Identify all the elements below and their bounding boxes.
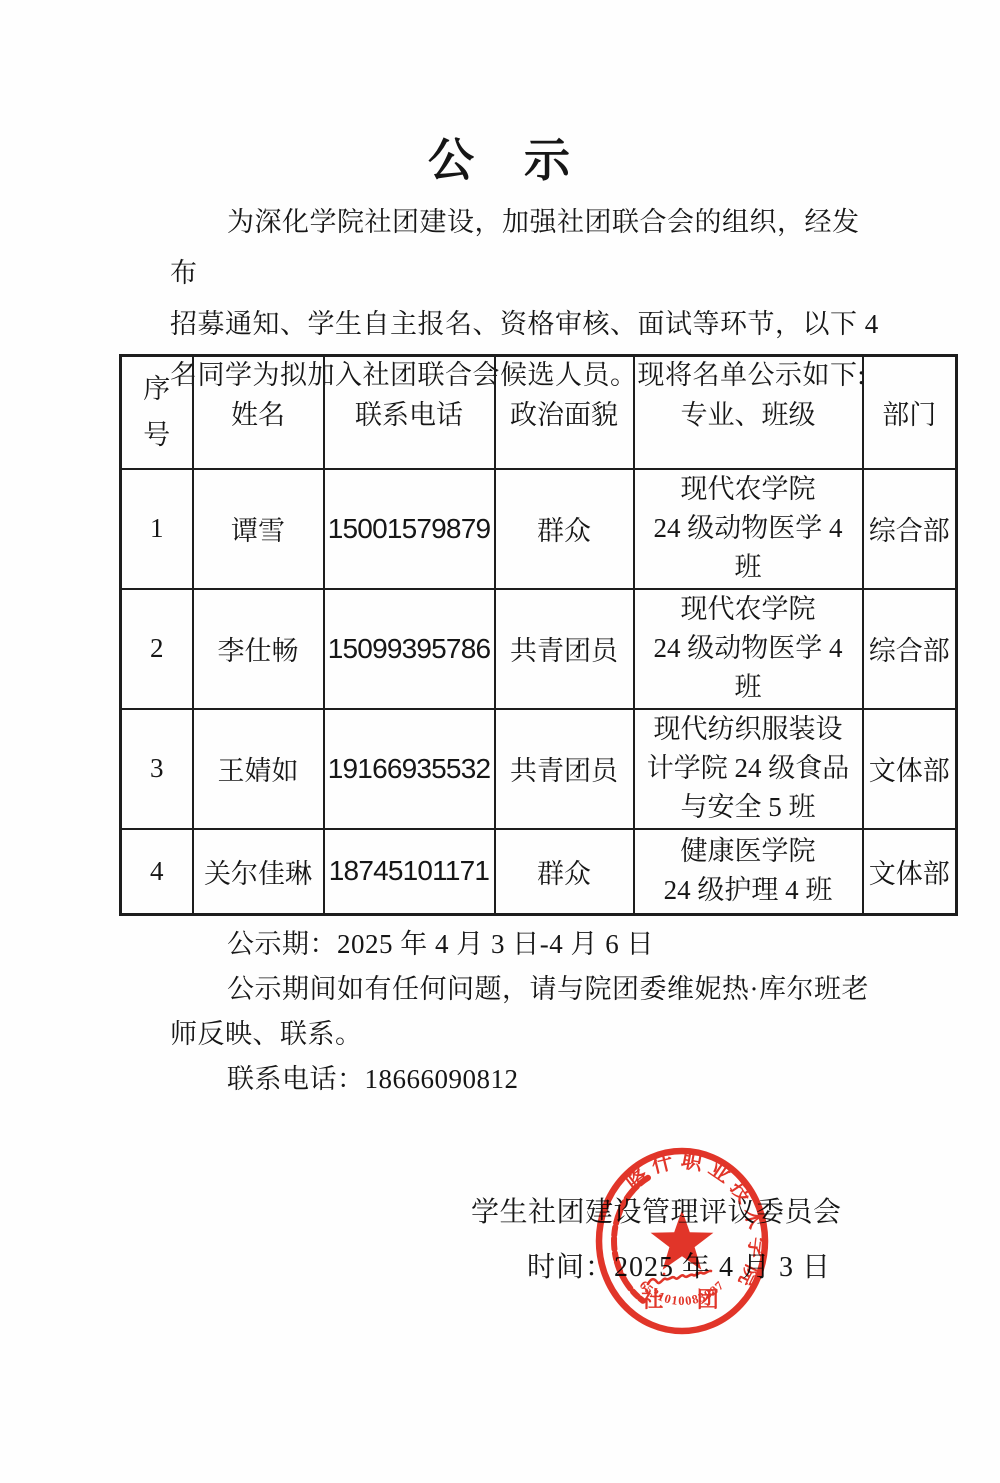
cell-seq: 3 [121, 709, 193, 829]
table-row: 3 王婧如 19166935532 共青团员 现代纺织服装设 计学院 24 级食… [121, 709, 957, 829]
cell-dept: 综合部 [863, 469, 957, 589]
cell-name: 谭雪 [193, 469, 324, 589]
cell-dept: 文体部 [863, 709, 957, 829]
cell-phone: 15099395786 [324, 589, 495, 709]
uyghur-script-line [648, 1271, 711, 1284]
table-row: 4 关尔佳琳 18745101171 群众 健康医学院 24 级护理 4 班 文… [121, 829, 957, 915]
header-phone: 联系电话 [324, 356, 495, 469]
publicity-period: 公示期：2025 年 4 月 3 日-4 月 6 日 [170, 922, 886, 967]
cell-seq: 4 [121, 829, 193, 915]
publicity-note: 公示期间如有任何问题，请与院团委维妮热·库尔班老 师反映、联系。 [170, 967, 886, 1057]
cell-name: 王婧如 [193, 709, 324, 829]
header-major: 专业、班级 [634, 356, 863, 469]
page-title: 公 示 [0, 124, 1000, 190]
table-header-row: 序 号 姓名 联系电话 政治面貌 专业、班级 部门 [121, 356, 957, 469]
cell-phone: 18745101171 [324, 829, 495, 915]
cell-political: 群众 [495, 469, 634, 589]
cell-major: 现代纺织服装设 计学院 24 级食品 与安全 5 班 [634, 709, 863, 829]
candidate-table: 序 号 姓名 联系电话 政治面貌 专业、班级 部门 1 谭雪 150015798… [119, 354, 958, 916]
cell-seq: 1 [121, 469, 193, 589]
cell-name: 李仕畅 [193, 589, 324, 709]
cell-name: 关尔佳琳 [193, 829, 324, 915]
header-name: 姓名 [193, 356, 324, 469]
cell-major: 健康医学院 24 级护理 4 班 [634, 829, 863, 915]
cell-political: 群众 [495, 829, 634, 915]
official-seal: 喀什职业技术学院 社 团 6531010083987 [594, 1146, 770, 1336]
contact-phone: 联系电话：18666090812 [170, 1057, 886, 1102]
header-dept: 部门 [863, 356, 957, 469]
cell-major: 现代农学院 24 级动物医学 4 班 [634, 589, 863, 709]
header-seq: 序 号 [121, 356, 193, 469]
star-icon [651, 1210, 714, 1270]
table-row: 2 李仕畅 15099395786 共青团员 现代农学院 24 级动物医学 4 … [121, 589, 957, 709]
cell-dept: 综合部 [863, 589, 957, 709]
uyghur-script-dot [663, 1273, 666, 1276]
notice-document: 公 示 为深化学院社团建设，加强社团联合会的组织，经发布 招募通知、学生自主报名… [0, 0, 1000, 1483]
cell-political: 共青团员 [495, 709, 634, 829]
cell-dept: 文体部 [863, 829, 957, 915]
cell-phone: 15001579879 [324, 469, 495, 589]
cell-phone: 19166935532 [324, 709, 495, 829]
cell-seq: 2 [121, 589, 193, 709]
cell-political: 共青团员 [495, 589, 634, 709]
uyghur-script-dot [696, 1272, 699, 1275]
table-row: 1 谭雪 15001579879 群众 现代农学院 24 级动物医学 4 班 综… [121, 469, 957, 589]
header-political: 政治面貌 [495, 356, 634, 469]
cell-major: 现代农学院 24 级动物医学 4 班 [634, 469, 863, 589]
